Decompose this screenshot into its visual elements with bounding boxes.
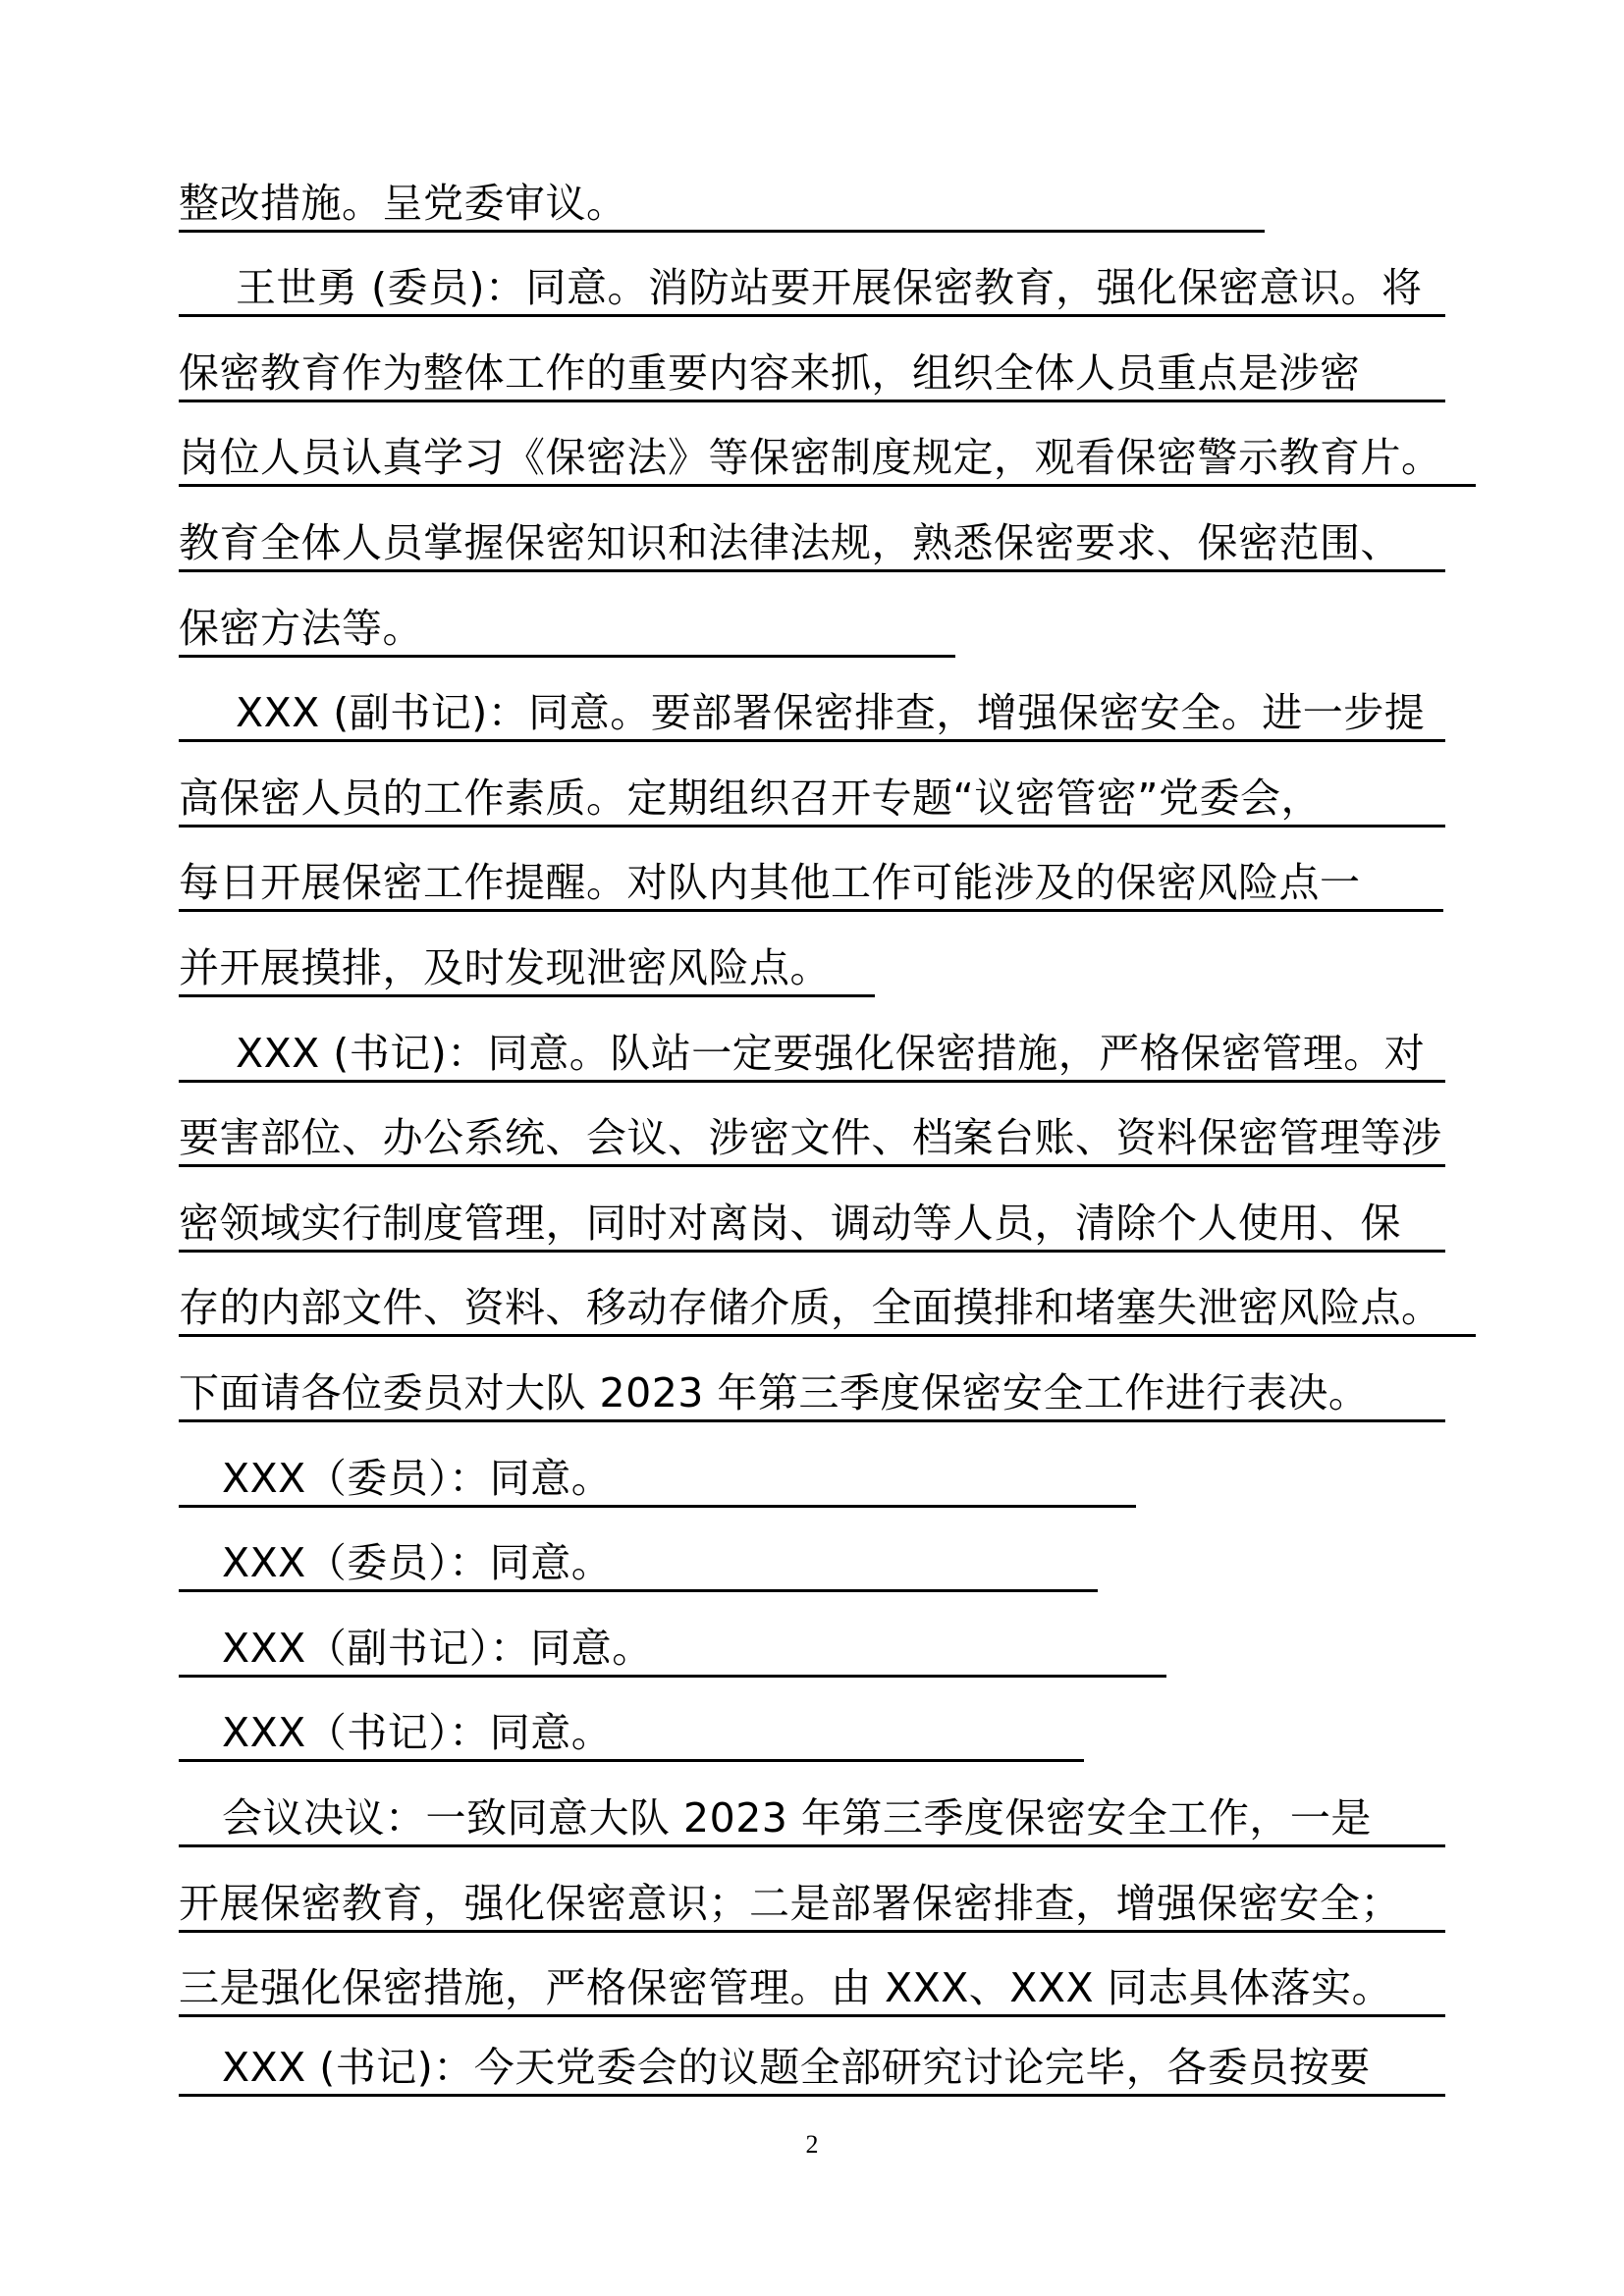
underline	[179, 1589, 1098, 1592]
line-text: 王世勇 (委员)：同意。消防站要开展保密教育，强化保密意识。将	[236, 264, 1423, 311]
line-text: 开展保密教育，强化保密意识；二是部署保密排查，增强保密安全；	[179, 1880, 1401, 1927]
line-text: 并开展摸排，及时发现泄密风险点。	[179, 944, 831, 991]
underline	[179, 909, 1443, 912]
line-text: XXX (书记)：同意。队站一定要强化保密措施，严格保密管理。对	[236, 1030, 1425, 1077]
underline	[179, 314, 1445, 317]
underline	[179, 1164, 1445, 1167]
underline	[179, 1675, 1166, 1678]
line-text: 下面请各位委员对大队 2023 年第三季度保密安全工作进行表决。	[179, 1369, 1369, 1416]
underline	[179, 484, 1476, 487]
underline	[179, 230, 1265, 233]
line-text: 整改措施。呈党委审议。	[179, 180, 627, 227]
underline	[179, 1334, 1476, 1337]
line-text: 存的内部文件、资料、移动存储介质，全面摸排和堵塞失泄密风险点。	[179, 1284, 1442, 1331]
line-text: 教育全体人员掌握保密知识和法律法规，熟悉保密要求、保密范围、	[179, 519, 1401, 566]
line-text: 密领域实行制度管理，同时对离岗、调动等人员，清除个人使用、保	[179, 1200, 1401, 1247]
underline	[179, 1930, 1445, 1933]
line-text: 高保密人员的工作素质。定期组织召开专题“议密管密”党委会，	[179, 774, 1322, 822]
underline	[179, 1505, 1136, 1508]
underline	[179, 1080, 1445, 1083]
underline	[179, 2094, 1445, 2097]
underline	[179, 994, 875, 997]
underline	[179, 569, 1445, 572]
line-text: XXX (书记)：今天党委会的议题全部研究讨论完毕，各委员按要	[222, 2044, 1371, 2091]
line-text: 保密方法等。	[179, 605, 423, 652]
line-text: 要害部位、办公系统、会议、涉密文件、档案台账、资料保密管理等涉	[179, 1114, 1442, 1161]
line-text: 会议决议：一致同意大队 2023 年第三季度保密安全工作，一是	[222, 1794, 1372, 1842]
line-text: XXX（书记）：同意。	[222, 1709, 612, 1756]
line-text: 保密教育作为整体工作的重要内容来抓，组织全体人员重点是涉密	[179, 349, 1361, 397]
underline	[179, 739, 1445, 742]
underline	[179, 1844, 1445, 1847]
underline	[179, 825, 1445, 828]
underline	[179, 400, 1445, 402]
underline	[179, 1759, 1084, 1762]
page-number: 2	[0, 2130, 1624, 2160]
line-text: XXX（委员）：同意。	[222, 1455, 612, 1502]
underline	[179, 1250, 1445, 1253]
line-text: 每日开展保密工作提醒。对队内其他工作可能涉及的保密风险点一	[179, 859, 1361, 906]
document-page: 整改措施。呈党委审议。 王世勇 (委员)：同意。消防站要开展保密教育，强化保密意…	[0, 0, 1624, 2296]
underline	[179, 655, 955, 658]
line-text: 三是强化保密措施，严格保密管理。由 XXX、XXX 同志具体落实。	[179, 1964, 1392, 2011]
underline	[179, 2014, 1445, 2017]
underline	[179, 1419, 1445, 1422]
line-text: 岗位人员认真学习《保密法》等保密制度规定，观看保密警示教育片。	[179, 434, 1442, 481]
line-text: XXX (副书记)：同意。要部署保密排查，增强保密安全。进一步提	[236, 689, 1425, 736]
line-text: XXX（委员）：同意。	[222, 1539, 612, 1586]
line-text: XXX（副书记）：同意。	[222, 1625, 653, 1672]
